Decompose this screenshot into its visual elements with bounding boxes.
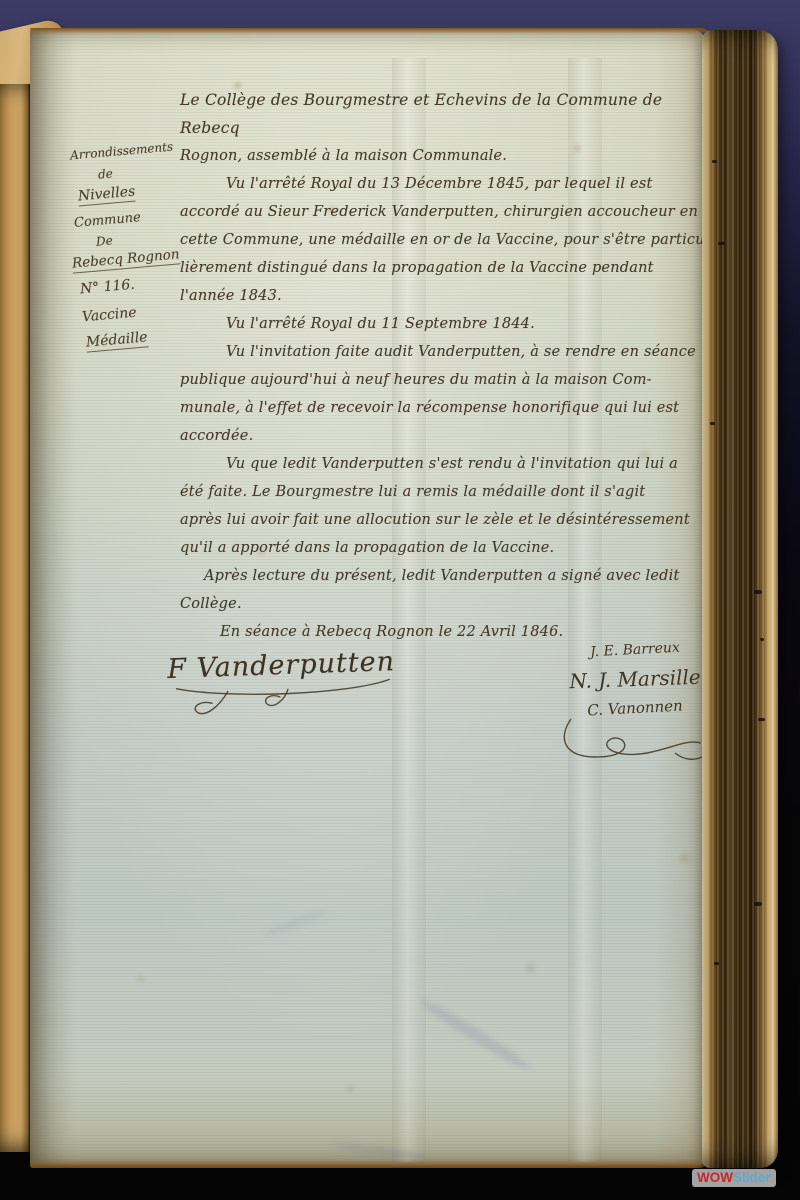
margin-note: N° 116. [79,277,135,298]
text-line: Vu l'invitation faite audit Vanderputten… [180,338,720,366]
text-line: accordé au Sieur Frederick Vanderputten,… [180,198,720,226]
ink-smudge [330,1139,425,1161]
paragraph-invitation: Vu l'invitation faite audit Vanderputten… [180,338,720,450]
margin-note: Rebecq Rognon [71,246,180,273]
text-line: après lui avoir fait une allocution sur … [180,506,720,534]
paragraph-lecture: Après lecture du présent, ledit Vanderpu… [180,562,720,618]
document-text: Le Collège des Bourgmestre et Echevins d… [180,86,720,646]
text-line: lièrement distingué dans la propagation … [180,254,720,282]
paragraph-opening: Le Collège des Bourgmestre et Echevins d… [180,86,720,170]
margin-note: Vaccine [81,305,137,326]
photo-backdrop: Arrondissements de Nivelles Commune De R… [0,0,800,1200]
margin-note: Arrondissements [70,140,174,163]
ink-smudge [260,906,329,939]
edge-ink-mark [718,242,725,245]
watermark-slider-text: Slider [733,1169,771,1187]
wowslider-watermark[interactable]: WOWSlider [692,1169,776,1187]
paragraph-remise-medaille: Vu que ledit Vanderputten s'est rendu à … [180,450,720,562]
paragraph-arrete-1845: Vu l'arrêté Royal du 13 Décembre 1845, p… [180,170,720,310]
watermark-wow-text: WOW [697,1169,733,1187]
edge-ink-mark [712,160,717,163]
text-line: munale, à l'effet de recevoir la récompe… [180,394,720,422]
margin-note: Nivelles [77,184,136,207]
edge-ink-mark [754,590,762,594]
register-page: Arrondissements de Nivelles Commune De R… [30,28,708,1168]
text-line: Collège. [180,590,720,618]
margin-note: Commune [73,210,141,231]
margin-note: Médaille [85,329,148,352]
foxing-spots [30,28,35,33]
text-line: Rognon, assemblé à la maison Communale. [180,142,720,170]
edge-ink-mark [760,638,764,641]
book-gutter-edge [0,84,30,1152]
text-line: Vu l'arrêté Royal du 13 Décembre 1845, p… [180,170,720,198]
paragraph-arrete-1844: Vu l'arrêté Royal du 11 Septembre 1844. [180,310,720,338]
text-line: Après lecture du présent, ledit Vanderpu… [180,562,720,590]
edge-ink-mark [754,902,762,906]
margin-note: De [95,233,113,248]
text-line: publique aujourd'hui à neuf heures du ma… [180,366,720,394]
signature-flourish [555,713,715,765]
text-line: l'année 1843. [180,282,720,310]
text-line: Vu que ledit Vanderputten s'est rendu à … [180,450,720,478]
text-line: Le Collège des Bourgmestre et Echevins d… [180,86,720,142]
ink-smudge [416,995,533,1075]
text-line: été faite. Le Bourgmestre lui a remis la… [180,478,720,506]
text-line: qu'il a apporté dans la propagation de l… [180,534,720,562]
margin-note: de [97,166,113,181]
edge-ink-mark [714,962,719,965]
page-stack-edge [702,30,778,1168]
edge-ink-mark [758,718,765,721]
text-line: cette Commune, une médaille en or de la … [180,226,720,254]
signature-vanderputten: F Vanderputten [167,646,399,725]
text-line: Vu l'arrêté Royal du 11 Septembre 1844. [180,310,720,338]
text-line: accordée. [180,422,720,450]
edge-ink-mark [710,422,715,425]
